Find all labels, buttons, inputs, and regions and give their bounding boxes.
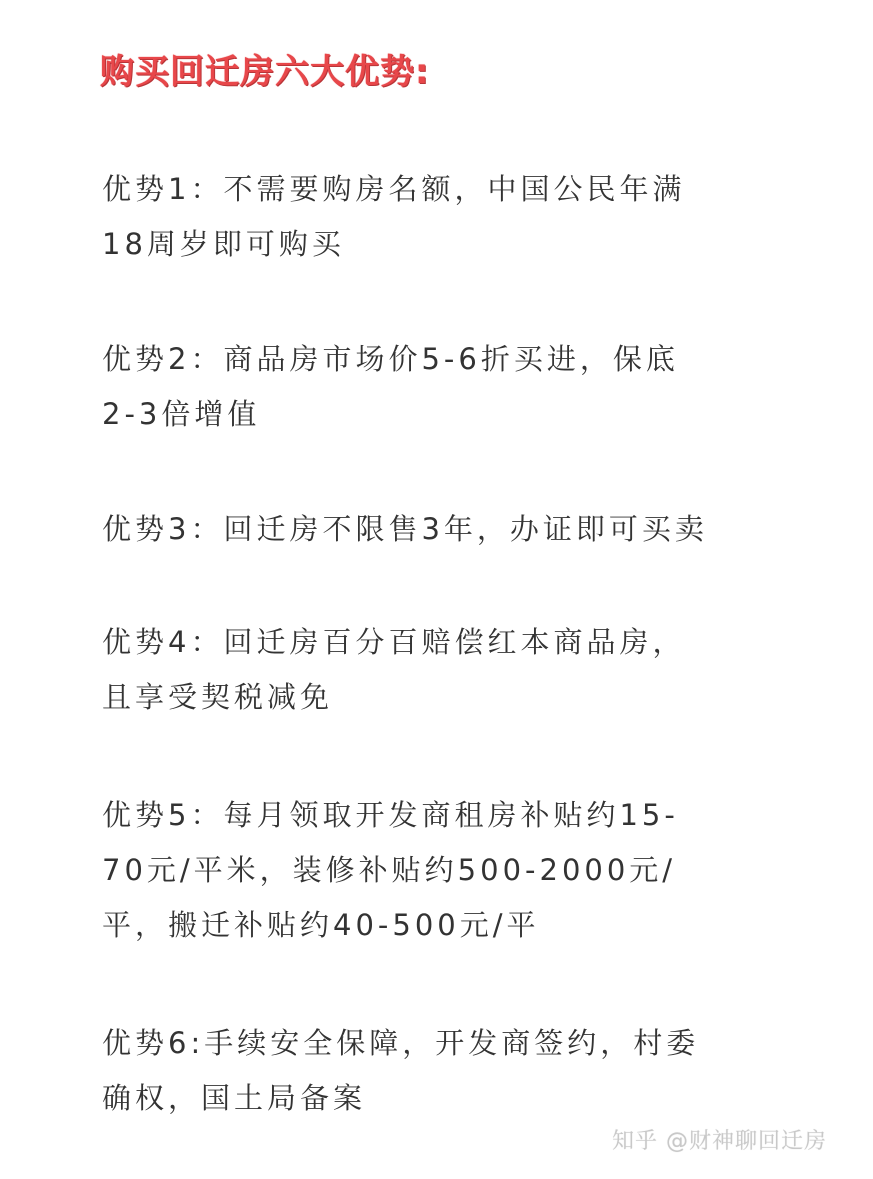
advantage-2: 优势2：商品房市场价5-6折买进，保底 2-3倍增值 (102, 332, 782, 442)
advantage-1-line-1: 优势1：不需要购房名额，中国公民年满 (102, 162, 782, 217)
advantage-1: 优势1：不需要购房名额，中国公民年满 18周岁即可购买 (102, 162, 782, 272)
advantage-6: 优势6:手续安全保障，开发商签约，村委 确权，国土局备案 (102, 1016, 782, 1126)
page-title: 购买回迁房六大优势: (100, 46, 430, 98)
advantage-5-line-2: 70元/平米，装修补贴约500-2000元/ (102, 843, 782, 898)
zhihu-watermark: 知乎 @财神聊回迁房 (612, 1122, 827, 1162)
advantage-4-line-1: 优势4：回迁房百分百赔偿红本商品房， (102, 615, 782, 670)
advantage-2-line-1: 优势2：商品房市场价5-6折买进，保底 (102, 332, 782, 387)
advantage-4: 优势4：回迁房百分百赔偿红本商品房， 且享受契税减免 (102, 615, 782, 725)
advantage-6-line-2: 确权，国土局备案 (102, 1071, 782, 1126)
advantage-5: 优势5：每月领取开发商租房补贴约15- 70元/平米，装修补贴约500-2000… (102, 788, 782, 953)
advantage-6-line-1: 优势6:手续安全保障，开发商签约，村委 (102, 1016, 782, 1071)
advantage-5-line-3: 平，搬迁补贴约40-500元/平 (102, 898, 782, 953)
advantage-3-line-1: 优势3：回迁房不限售3年，办证即可买卖 (102, 502, 782, 557)
advantage-1-line-2: 18周岁即可购买 (102, 217, 782, 272)
advantage-4-line-2: 且享受契税减免 (102, 670, 782, 725)
advantage-2-line-2: 2-3倍增值 (102, 387, 782, 442)
advantage-5-line-1: 优势5：每月领取开发商租房补贴约15- (102, 788, 782, 843)
advantage-3: 优势3：回迁房不限售3年，办证即可买卖 (102, 502, 782, 557)
